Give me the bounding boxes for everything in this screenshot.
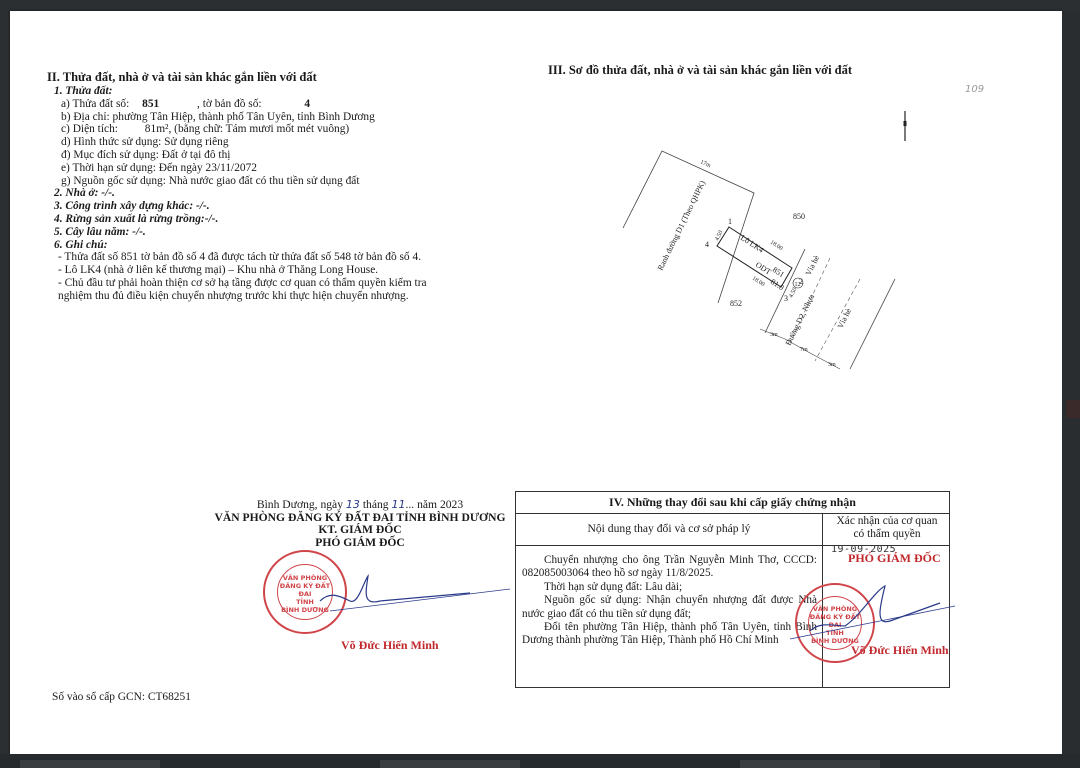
- gcn-entry-number: Số vào sổ cấp GCN: CT68251: [52, 691, 191, 703]
- issue-month: 11: [392, 498, 406, 511]
- land-heading: 1. Thửa đất:: [47, 85, 427, 98]
- section-4-title: IV. Những thay đổi sau khi cấp giấy chứn…: [516, 492, 949, 514]
- house: 2. Nhà ở: -/-.: [47, 187, 427, 200]
- note-item: - Lô LK4 (nhà ở liên kế thương mại) – Kh…: [47, 264, 427, 277]
- point-1: 1: [728, 217, 732, 226]
- thumbnail[interactable]: [20, 760, 160, 768]
- change-content: Chuyển nhượng cho ông Trần Nguyễn Minh T…: [522, 554, 817, 648]
- map-sheet-label: , tờ bản đồ số:: [197, 98, 262, 110]
- point-4: 4: [705, 240, 709, 249]
- section-2-title: II. Thửa đất, nhà ở và tài sản khác gắn …: [47, 70, 427, 85]
- parcel-number: 851: [142, 98, 194, 111]
- change-item: Chuyển nhượng cho ông Trần Nguyễn Minh T…: [522, 554, 817, 581]
- width-segment: 7m: [800, 347, 808, 353]
- parcel-label: a) Thửa đất số:: [61, 98, 129, 110]
- thumbnail[interactable]: [740, 760, 880, 768]
- page-mark: 109: [965, 84, 984, 95]
- road-d2-label: Đường D2, Nhựa: [784, 292, 817, 346]
- signature-right: [780, 581, 960, 651]
- land-type: ODT: [754, 260, 773, 277]
- area-label: c) Diện tích:: [61, 123, 118, 135]
- issuer-signature-block: Bình Dương, ngày 13 tháng 11... năm 2023…: [205, 499, 515, 549]
- note-item: - Chủ đầu tư phải hoàn thiện cơ sở hạ tầ…: [47, 277, 427, 290]
- origin: g) Nguồn gốc sử dụng: Nhà nước giao đất …: [47, 175, 427, 188]
- change-item: Đổi tên phường Tân Hiệp, thành phố Tân U…: [522, 621, 817, 648]
- note-item: - Thửa đất số 851 tờ bản đồ số 4 đã được…: [47, 251, 427, 264]
- notes-heading: 6. Ghi chú:: [47, 239, 427, 252]
- col-content-header: Nội dung thay đổi và cơ sở pháp lý: [516, 513, 822, 545]
- area-value: 81m², (bằng chữ: Tám mươi mốt mét vuông): [145, 123, 349, 135]
- side-bottom: 18.00: [751, 276, 766, 288]
- width-segment: 3m: [828, 362, 836, 368]
- thumbnail-strip[interactable]: [0, 754, 1080, 768]
- width-segment: 3m: [770, 332, 778, 338]
- point-3: 3: [784, 294, 788, 303]
- road-d1-label: Ranh đường D1 (Theo QHPK): [656, 179, 708, 272]
- role-pgd: PHÓ GIÁM ĐỐC: [205, 537, 515, 550]
- sidewalk-label: Vỉa hè: [804, 254, 822, 277]
- change-item: Thời hạn sử dụng đất: Lâu dài;: [522, 581, 817, 594]
- parcel-diagram: 850 852 1 2 3 4 Ranh đường D1 (Theo QHPK…: [610, 111, 910, 381]
- lot-label: Lô LK4: [739, 233, 765, 254]
- section-land-info: II. Thửa đất, nhà ở và tài sản khác gắn …: [47, 70, 427, 303]
- signer-name-left: Võ Đức Hiến Minh: [341, 638, 439, 653]
- issue-day: 13: [346, 498, 360, 511]
- parcel-row: a) Thửa đất số: 851 , tờ bản đồ số: 4: [47, 98, 427, 111]
- viewer-marker: [1066, 400, 1080, 418]
- neighbor-852: 852: [730, 299, 742, 308]
- use-term: e) Thời hạn sử dụng: Đến ngày 23/11/2072: [47, 162, 427, 175]
- parcel-area-map: 81.0: [769, 277, 786, 292]
- map-sheet-number: 4: [304, 98, 310, 110]
- side-top: 18.00: [769, 240, 784, 252]
- address: b) Địa chỉ: phường Tân Hiệp, thành phố T…: [47, 111, 427, 124]
- road-width-d1: 17m: [699, 159, 711, 169]
- side-right: 4.50: [788, 287, 798, 299]
- area-row: c) Diện tích: 81m², (bằng chữ: Tám mươi …: [47, 123, 427, 136]
- note-item: nghiệm thu đủ điều kiện chuyển nhượng tr…: [47, 290, 427, 303]
- signature-left: [310, 571, 510, 621]
- confirm-role: PHÓ GIÁM ĐỐC: [848, 551, 941, 566]
- perennial: 5. Cây lâu năm: -/-.: [47, 226, 427, 239]
- use-purpose: đ) Mục đích sử dụng: Đất ở tại đô thị: [47, 149, 427, 162]
- other-construction: 3. Công trình xây dựng khác: -/-.: [47, 200, 427, 213]
- use-form: d) Hình thức sử dụng: Sử dụng riêng: [47, 136, 427, 149]
- role-kt: KT. GIÁM ĐỐC: [205, 524, 515, 537]
- document-page: II. Thửa đất, nhà ở và tài sản khác gắn …: [10, 11, 1062, 754]
- circle-number: 12: [795, 282, 801, 288]
- issue-date: Bình Dương, ngày 13 tháng 11... năm 2023: [205, 499, 515, 512]
- change-item: Nguồn gốc sử dụng: Nhận chuyển nhượng đấ…: [522, 594, 817, 621]
- col-confirm-header: Xác nhận của cơ quan có thẩm quyền: [823, 515, 951, 541]
- viewer-edge: [1062, 11, 1080, 754]
- thumbnail[interactable]: [380, 760, 520, 768]
- forest: 4. Rừng sản xuất là rừng trồng:-/-.: [47, 213, 427, 226]
- neighbor-850: 850: [793, 212, 805, 221]
- section-3-title: III. Sơ đồ thửa đất, nhà ở và tài sản kh…: [548, 63, 852, 78]
